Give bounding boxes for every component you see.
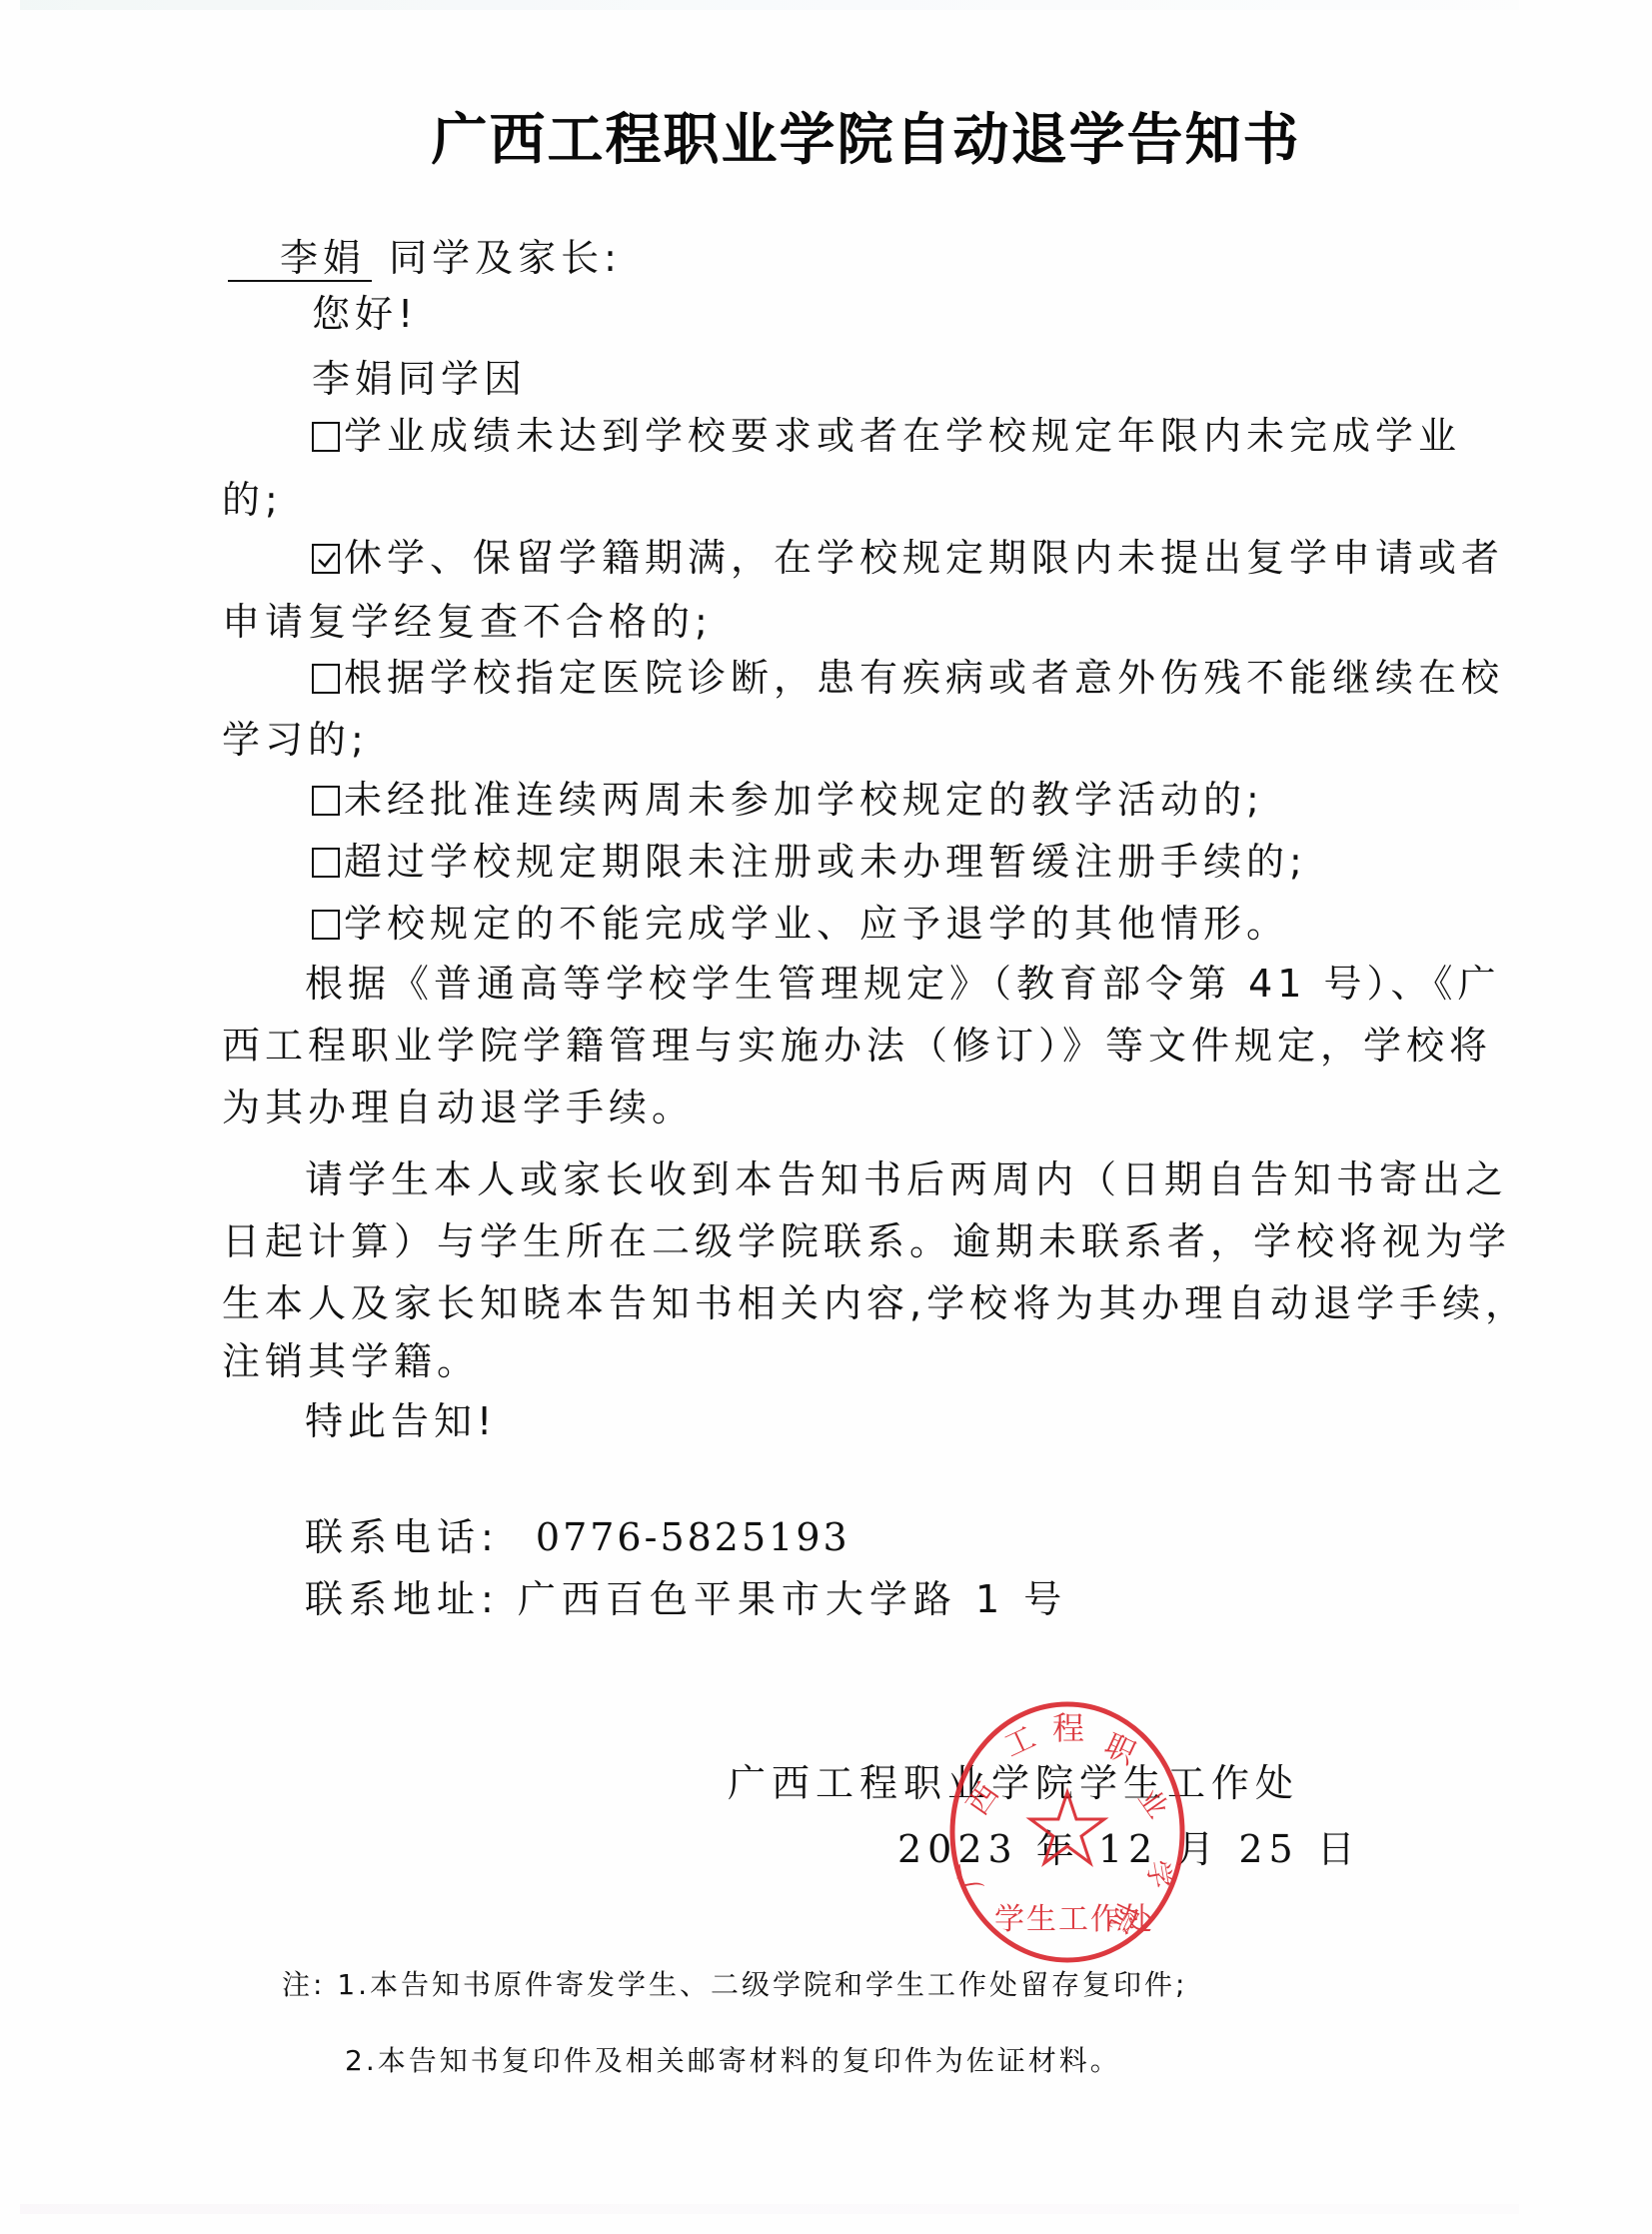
scan-artifact-top xyxy=(20,0,1519,10)
checkbox-empty-icon xyxy=(312,422,340,452)
document-page: 广西工程职业学院自动退学告知书 李娟 同学及家长: 您好! 李娟同学因 学业成绩… xyxy=(0,0,1652,2234)
checkbox-empty-icon xyxy=(312,910,340,940)
reason-intro: 李娟同学因 xyxy=(312,355,527,403)
issue-date: 2023 年 12 月 25 日 xyxy=(897,1825,1361,1873)
address-value: 广西百色平果市大学路 1 号 xyxy=(518,1577,1067,1621)
note-2: 2.本告知书复印件及相关邮寄材料的复印件为佐证材料。 xyxy=(345,2037,1121,2085)
reason-item-6: 学校规定的不能完成学业、应予退学的其他情形。 xyxy=(312,900,1289,948)
basis-paragraph-line-3: 为其办理自动退学手续。 xyxy=(222,1084,695,1131)
phone-label: 联系电话: xyxy=(305,1515,500,1559)
reason-item-1-cont: 的; xyxy=(222,476,283,524)
request-paragraph-line-3: 生本人及家长知晓本告知书相关内容,学校将为其办理自动退学手续， xyxy=(222,1279,1528,1327)
greeting: 您好! xyxy=(312,290,418,338)
svg-text:院: 院 xyxy=(1102,1899,1144,1938)
reason-item-1: 学业成绩未达到学校要求或者在学校规定年限内未完成学业 xyxy=(312,412,1461,460)
reason-item-2: 休学、保留学籍期满，在学校规定期限内未提出复学申请或者 xyxy=(312,534,1504,582)
checkbox-empty-icon xyxy=(312,664,340,694)
salutation: 李娟 同学及家长: xyxy=(228,234,622,282)
closing: 特此告知! xyxy=(305,1397,497,1445)
checkbox-empty-icon xyxy=(312,848,340,878)
reason-text: 未经批准连续两周未参加学校规定的教学活动的; xyxy=(344,778,1264,822)
request-paragraph-line-1: 请学生本人或家长收到本告知书后两周内（日期自告知书寄出之 xyxy=(305,1155,1508,1203)
contact-address: 联系地址: 广西百色平果市大学路 1 号 xyxy=(305,1575,1067,1623)
request-paragraph-line-4: 注销其学籍。 xyxy=(222,1337,480,1385)
reason-item-2-cont: 申请复学经复查不合格的; xyxy=(222,598,713,646)
scan-artifact-bottom xyxy=(20,2204,1519,2214)
document-title: 广西工程职业学院自动退学告知书 xyxy=(0,96,1652,176)
reason-text: 学业成绩未达到学校要求或者在学校规定年限内未完成学业 xyxy=(344,414,1461,458)
reason-item-5: 超过学校规定期限未注册或未办理暂缓注册手续的; xyxy=(312,838,1307,886)
reason-item-4: 未经批准连续两周未参加学校规定的教学活动的; xyxy=(312,776,1264,824)
checkbox-empty-icon xyxy=(312,786,340,816)
reason-text: 根据学校指定医院诊断，患有疾病或者意外伤残不能继续在校 xyxy=(344,656,1504,700)
issuer: 广西工程职业学院学生工作处 xyxy=(728,1759,1299,1807)
svg-text:学生工作处: 学生工作处 xyxy=(994,1902,1154,1937)
phone-value: 0776-5825193 xyxy=(536,1515,850,1559)
reason-item-3: 根据学校指定医院诊断，患有疾病或者意外伤残不能继续在校 xyxy=(312,654,1504,702)
address-label: 联系地址: xyxy=(305,1577,500,1621)
contact-phone: 联系电话: 0776-5825193 xyxy=(305,1513,850,1561)
checkbox-checked-icon xyxy=(312,544,340,574)
request-paragraph-line-2: 日起计算）与学生所在二级学院联系。逾期未联系者，学校将视为学 xyxy=(222,1217,1511,1265)
reason-text: 学校规定的不能完成学业、应予退学的其他情形。 xyxy=(344,902,1289,946)
note-1: 注: 1.本告知书原件寄发学生、二级学院和学生工作处留存复印件; xyxy=(282,1961,1188,2009)
basis-paragraph-line-2: 西工程职业学院学籍管理与实施办法（修订）》等文件规定，学校将 xyxy=(222,1022,1492,1070)
student-name: 李娟 xyxy=(228,236,372,282)
salutation-suffix: 同学及家长: xyxy=(389,236,622,280)
reason-text: 超过学校规定期限未注册或未办理暂缓注册手续的; xyxy=(344,840,1307,884)
reason-item-3-cont: 学习的; xyxy=(222,716,369,764)
svg-text:程: 程 xyxy=(1052,1709,1084,1747)
reason-text: 休学、保留学籍期满，在学校规定期限内未提出复学申请或者 xyxy=(344,536,1504,580)
svg-text:工: 工 xyxy=(999,1720,1041,1764)
basis-paragraph-line-1: 根据《普通高等学校学生管理规定》（教育部令第 41 号）、《广 xyxy=(305,960,1501,1008)
